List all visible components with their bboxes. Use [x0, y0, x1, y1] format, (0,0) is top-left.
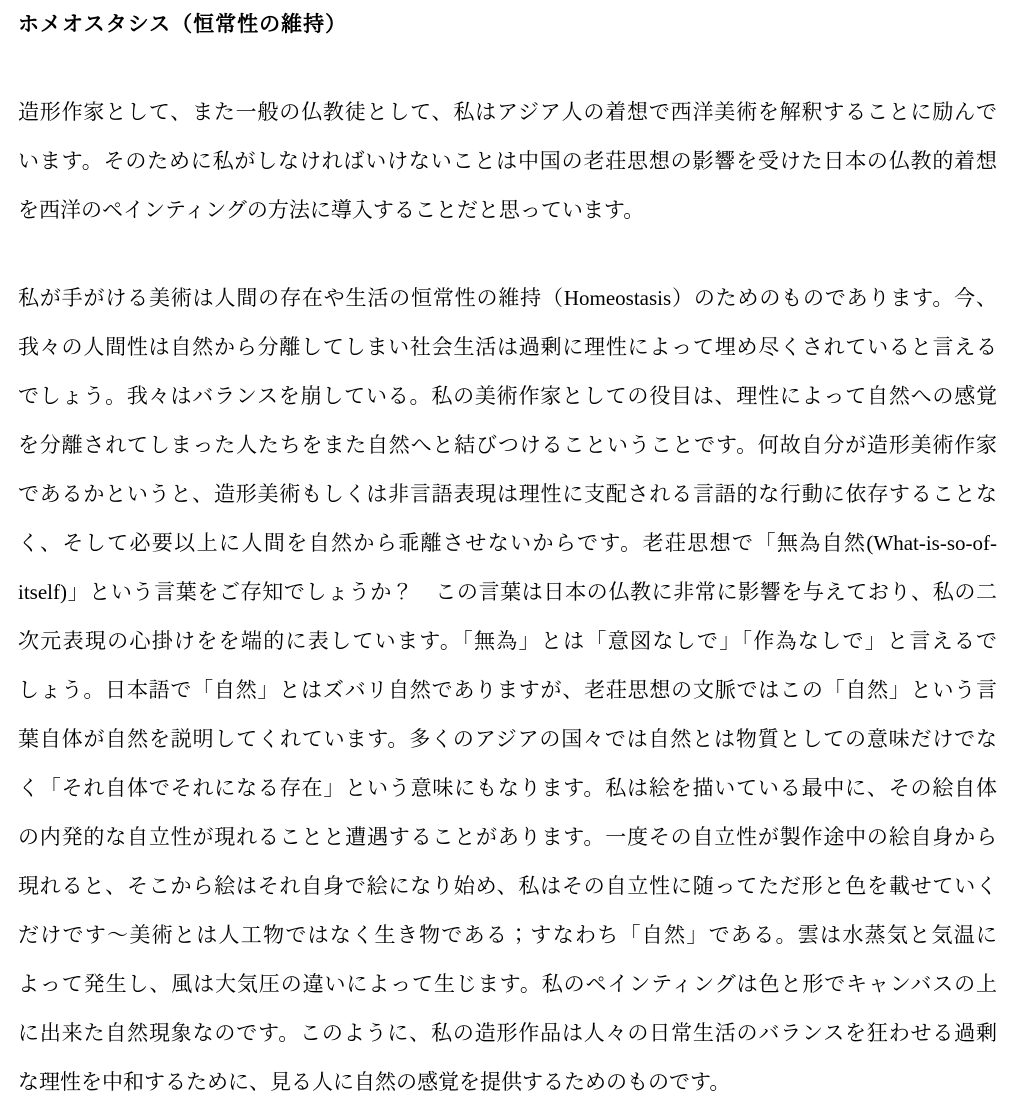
text-line: に出来た自然現象なのです。このように、私の造形作品は人々の日常生活のバランスを狂…	[18, 1009, 997, 1058]
text-line: だけです〜美術とは人工物ではなく生き物である；すなわち「自然」である。雲は水蒸気…	[18, 911, 997, 960]
text-line: く「それ自体でそれになる存在」という意味にもなります。私は絵を描いている最中に、…	[18, 764, 997, 813]
text-line: を分離されてしまった人たちをまた自然へと結びつけるこということです。何故自分が造…	[18, 421, 997, 470]
text-line: な理性を中和するために、見る人に自然の感覚を提供するためのものです。	[18, 1058, 997, 1107]
text-line: 次元表現の心掛けをを端的に表しています。「無為」とは「意図なしで」「作為なしで」…	[18, 617, 997, 666]
text-line: であるかというと、造形美術もしくは非言語表現は理性に支配される言語的な行動に依存…	[18, 470, 997, 519]
paragraph: 私が手がける美術は人間の存在や生活の恒常性の維持（Homeostasis）のため…	[18, 274, 997, 1107]
text-line: しょう。日本語で「自然」とはズバリ自然でありますが、老荘思想の文脈ではこの「自然…	[18, 666, 997, 715]
document-body: 造形作家として、また一般の仏教徒として、私はアジア人の着想で西洋美術を解釈するこ…	[18, 88, 997, 1107]
text-line: 私が手がける美術は人間の存在や生活の恒常性の維持（Homeostasis）のため…	[18, 274, 997, 323]
text-line: でしょう。我々はバランスを崩している。私の美術作家としての役目は、理性によって自…	[18, 372, 997, 421]
paragraph: 造形作家として、また一般の仏教徒として、私はアジア人の着想で西洋美術を解釈するこ…	[18, 88, 997, 235]
text-line: 造形作家として、また一般の仏教徒として、私はアジア人の着想で西洋美術を解釈するこ…	[18, 88, 997, 137]
text-line: を西洋のペインティングの方法に導入することだと思っています。	[18, 186, 997, 235]
document-page: ホメオスタシス（恒常性の維持） 造形作家として、また一般の仏教徒として、私はアジ…	[0, 0, 1015, 1107]
text-line: く、そして必要以上に人間を自然から乖離させないからです。老荘思想で「無為自然(W…	[18, 519, 997, 568]
text-line: よって発生し、風は大気圧の違いによって生じます。私のペインティングは色と形でキャ…	[18, 960, 997, 1009]
text-line: 葉自体が自然を説明してくれています。多くのアジアの国々では自然とは物質としての意…	[18, 715, 997, 764]
text-line: います。そのために私がしなければいけないことは中国の老荘思想の影響を受けた日本の…	[18, 137, 997, 186]
text-line: の内発的な自立性が現れることと遭遇することがあります。一度その自立性が製作途中の…	[18, 813, 997, 862]
text-line: 我々の人間性は自然から分離してしまい社会生活は過剰に理性によって埋め尽くされてい…	[18, 323, 997, 372]
text-line: itself)」という言葉をご存知でしょうか？ この言葉は日本の仏教に非常に影響…	[18, 568, 997, 617]
text-line: 現れると、そこから絵はそれ自身で絵になり始め、私はその自立性に随ってただ形と色を…	[18, 862, 997, 911]
document-title: ホメオスタシス（恒常性の維持）	[18, 0, 997, 49]
